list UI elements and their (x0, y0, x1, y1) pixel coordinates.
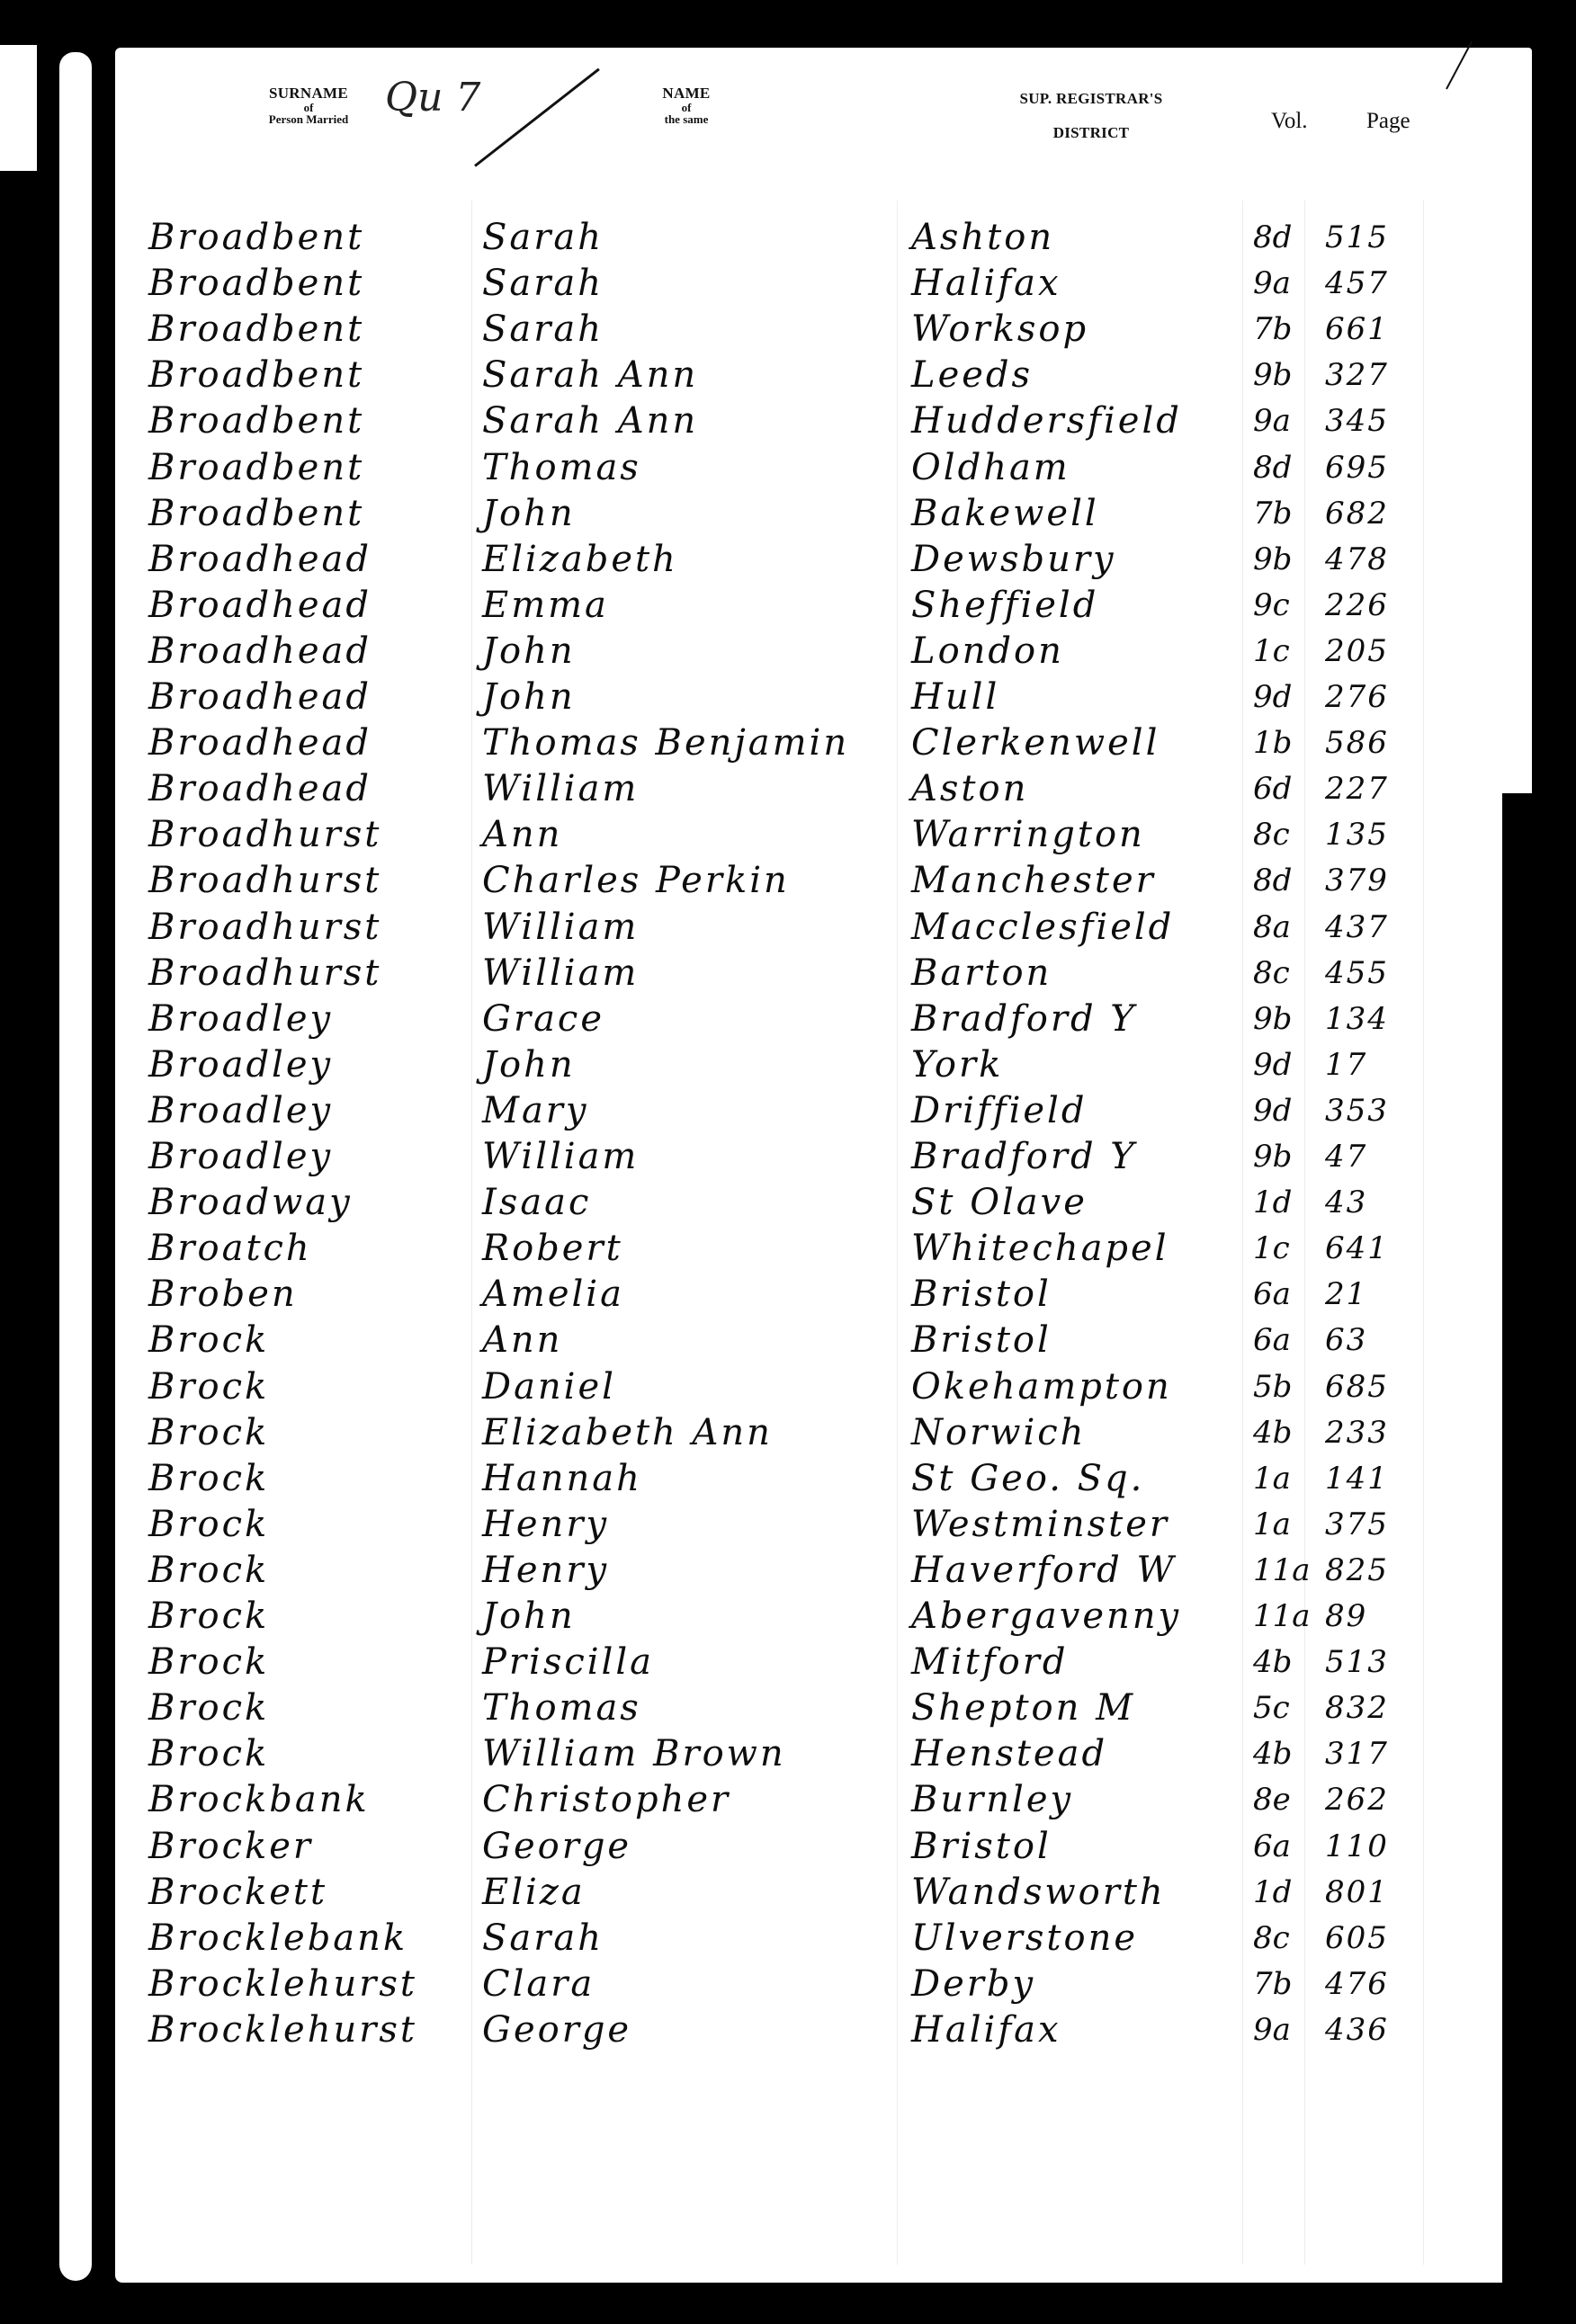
surname-cell: Brock (148, 1364, 269, 1409)
given-name-cell: Priscilla (482, 1640, 654, 1685)
district-cell: Hull (911, 675, 999, 720)
given-name-cell: Grace (482, 997, 604, 1041)
page-number-cell: 375 (1325, 1502, 1389, 1547)
district-cell: Abergavenny (911, 1594, 1181, 1639)
surname-cell: Brock (148, 1640, 269, 1685)
given-name-cell: Sarah (482, 307, 604, 352)
register-entry-row: BroadhurstWilliamBarton8c455 (115, 951, 1532, 996)
volume-cell: 7b (1253, 307, 1292, 352)
surname-cell: Brocklehurst (148, 1962, 417, 2007)
surname-cell: Broadbent (148, 307, 364, 352)
header-name: NAME of the same (632, 85, 740, 126)
page-number-cell: 205 (1325, 629, 1389, 674)
given-name-cell: William (482, 766, 639, 811)
surname-cell: Broadley (148, 997, 333, 1041)
district-cell: Whitechapel (911, 1226, 1169, 1271)
surname-cell: Broadley (148, 1042, 333, 1087)
volume-cell: 1a (1253, 1456, 1291, 1501)
register-entry-row: BroadheadElizabethDewsbury9b478 (115, 537, 1532, 582)
register-entry-row: BrockElizabeth AnnNorwich4b233 (115, 1410, 1532, 1455)
given-name-cell: Amelia (482, 1272, 624, 1317)
district-cell: London (911, 629, 1064, 674)
district-cell: Driffield (911, 1088, 1087, 1133)
register-entry-row: BroadheadJohnHull9d276 (115, 675, 1532, 720)
page-number-cell: 515 (1325, 215, 1389, 260)
surname-cell: Brock (148, 1731, 269, 1776)
page-number-cell: 141 (1325, 1456, 1389, 1501)
register-entry-row: BroadleyWilliamBradford Y9b47 (115, 1134, 1532, 1179)
volume-cell: 5c (1253, 1685, 1290, 1730)
surname-cell: Broadhead (148, 537, 372, 582)
given-name-cell: John (482, 1042, 576, 1087)
district-cell: Shepton M (911, 1685, 1135, 1730)
surname-cell: Broadbent (148, 353, 364, 398)
register-entry-row: BrobenAmeliaBristol6a21 (115, 1272, 1532, 1317)
page-number-cell: 825 (1325, 1548, 1389, 1593)
page-number-cell: 317 (1325, 1731, 1389, 1776)
surname-cell: Broadhead (148, 675, 372, 720)
volume-cell: 9b (1253, 1134, 1292, 1179)
volume-cell: 9b (1253, 537, 1292, 582)
given-name-cell: Daniel (482, 1364, 616, 1409)
surname-cell: Broadbent (148, 445, 364, 490)
district-cell: Dewsbury (911, 537, 1116, 582)
given-name-cell: Elizabeth (482, 537, 678, 582)
given-name-cell: Elizabeth Ann (482, 1410, 773, 1455)
district-cell: Bristol (911, 1318, 1052, 1363)
given-name-cell: John (482, 675, 576, 720)
surname-cell: Broadhurst (148, 905, 381, 950)
page-number-cell: 233 (1325, 1410, 1389, 1455)
district-cell: Warrington (911, 812, 1145, 857)
header-surname: SURNAME of Person Married (241, 85, 376, 126)
adjacent-page-tab (0, 45, 37, 171)
surname-cell: Broben (148, 1272, 298, 1317)
district-cell: Bakewell (911, 491, 1099, 536)
volume-cell: 6d (1253, 766, 1292, 811)
surname-cell: Broadway (148, 1180, 353, 1225)
surname-cell: Broadbent (148, 398, 364, 443)
given-name-cell: Ann (482, 812, 562, 857)
register-entry-row: BrockDanielOkehampton5b685 (115, 1364, 1532, 1409)
page-number-cell: 47 (1325, 1134, 1367, 1179)
page-number-cell: 110 (1325, 1824, 1389, 1869)
district-cell: Barton (911, 951, 1052, 996)
district-cell: Halifax (911, 261, 1061, 306)
volume-cell: 9a (1253, 2007, 1291, 2052)
surname-cell: Broadbent (148, 491, 364, 536)
given-name-cell: Robert (482, 1226, 623, 1271)
volume-cell: 9b (1253, 997, 1292, 1041)
page-number-cell: 476 (1325, 1962, 1389, 2007)
volume-cell: 9d (1253, 675, 1292, 720)
register-entry-row: BroadbentJohnBakewell7b682 (115, 491, 1532, 536)
register-entry-row: BroadheadEmmaSheffield9c226 (115, 583, 1532, 628)
district-cell: Manchester (911, 858, 1156, 903)
given-name-cell: George (482, 2007, 631, 2052)
surname-cell: Brocker (148, 1824, 313, 1869)
register-entry-row: BroadhurstCharles PerkinManchester8d379 (115, 858, 1532, 903)
page-number-cell: 226 (1325, 583, 1389, 628)
given-name-cell: Henry (482, 1548, 609, 1593)
volume-cell: 9a (1253, 261, 1291, 306)
volume-cell: 6a (1253, 1272, 1291, 1317)
surname-cell: Brock (148, 1594, 269, 1639)
header-vol: Vol. (1271, 109, 1308, 134)
page-number-cell: 134 (1325, 997, 1389, 1041)
surname-cell: Broadhead (148, 629, 372, 674)
page-number-cell: 135 (1325, 812, 1389, 857)
volume-cell: 8d (1253, 858, 1292, 903)
given-name-cell: Isaac (482, 1180, 591, 1225)
surname-cell: Broadhurst (148, 858, 381, 903)
district-cell: Ulverstone (911, 1916, 1138, 1961)
surname-cell: Broadhead (148, 583, 372, 628)
register-entry-row: BrockJohnAbergavenny11a89 (115, 1594, 1532, 1639)
district-cell: Okehampton (911, 1364, 1172, 1409)
district-cell: Worksop (911, 307, 1088, 352)
surname-cell: Broadbent (148, 215, 364, 260)
surname-cell: Broadley (148, 1088, 333, 1133)
volume-cell: 1d (1253, 1870, 1292, 1915)
page-number-cell: 353 (1325, 1088, 1389, 1133)
volume-cell: 1c (1253, 629, 1290, 674)
district-cell: Bristol (911, 1824, 1052, 1869)
register-entry-row: BrockPriscillaMitford4b513 (115, 1640, 1532, 1685)
pen-stroke (474, 68, 600, 167)
pen-stroke (1446, 41, 1473, 90)
given-name-cell: Sarah (482, 261, 604, 306)
given-name-cell: Mary (482, 1088, 589, 1133)
district-cell: Clerkenwell (911, 720, 1160, 765)
page-number-cell: 63 (1325, 1318, 1367, 1363)
page-number-cell: 262 (1325, 1777, 1389, 1822)
surname-cell: Broadbent (148, 261, 364, 306)
district-cell: Ashton (911, 215, 1054, 260)
register-entry-row: BroadbentSarahHalifax9a457 (115, 261, 1532, 306)
volume-cell: 9d (1253, 1042, 1292, 1087)
district-cell: Haverford W (911, 1548, 1177, 1593)
page-number-cell: 685 (1325, 1364, 1389, 1409)
page-number-cell: 478 (1325, 537, 1389, 582)
volume-cell: 11a (1253, 1594, 1311, 1639)
volume-cell: 9c (1253, 583, 1290, 628)
given-name-cell: Thomas (482, 445, 641, 490)
volume-cell: 7b (1253, 491, 1292, 536)
given-name-cell: Sarah (482, 215, 604, 260)
register-entry-row: BrockettElizaWandsworth1d801 (115, 1870, 1532, 1915)
district-cell: Norwich (911, 1410, 1086, 1455)
volume-cell: 8e (1253, 1777, 1291, 1822)
district-cell: Aston (911, 766, 1028, 811)
page-edge-shadow (1502, 793, 1576, 2324)
district-cell: Bradford Y (911, 1134, 1137, 1179)
register-entry-row: BrocklebankSarahUlverstone8c605 (115, 1916, 1532, 1961)
district-cell: Bristol (911, 1272, 1052, 1317)
district-cell: Burnley (911, 1777, 1073, 1822)
surname-cell: Broadhead (148, 720, 372, 765)
page-number-cell: 457 (1325, 261, 1389, 306)
register-entry-row: BrockHenryHaverford W11a825 (115, 1548, 1532, 1593)
register-entry-row: BroadbentSarah AnnLeeds9b327 (115, 353, 1532, 398)
district-cell: Bradford Y (911, 997, 1137, 1041)
given-name-cell: Eliza (482, 1870, 586, 1915)
volume-cell: 4b (1253, 1731, 1292, 1776)
given-name-cell: Charles Perkin (482, 858, 790, 903)
district-cell: Halifax (911, 2007, 1061, 2052)
volume-cell: 1c (1253, 1226, 1290, 1271)
register-entry-row: BroatchRobertWhitechapel1c641 (115, 1226, 1532, 1271)
volume-cell: 9b (1253, 353, 1292, 398)
register-entry-row: BrockHannahSt Geo. Sq.1a141 (115, 1456, 1532, 1501)
binding-strip (59, 52, 92, 2281)
volume-cell: 8d (1253, 445, 1292, 490)
volume-cell: 8c (1253, 812, 1290, 857)
surname-cell: Brock (148, 1548, 269, 1593)
district-cell: Huddersfield (911, 398, 1182, 443)
register-entry-row: BroadbentSarah AnnHuddersfield9a345 (115, 398, 1532, 443)
register-entry-row: BroadheadJohnLondon1c205 (115, 629, 1532, 674)
volume-cell: 8c (1253, 1916, 1290, 1961)
register-entry-row: BroadleyGraceBradford Y9b134 (115, 997, 1532, 1041)
surname-cell: Brocklehurst (148, 2007, 417, 2052)
district-cell: Mitford (911, 1640, 1068, 1685)
given-name-cell: John (482, 1594, 576, 1639)
volume-cell: 1d (1253, 1180, 1292, 1225)
volume-cell: 8a (1253, 905, 1291, 950)
volume-cell: 8c (1253, 951, 1290, 996)
volume-cell: 7b (1253, 1962, 1292, 2007)
district-cell: Derby (911, 1962, 1035, 2007)
district-cell: Oldham (911, 445, 1070, 490)
register-entry-row: BrockbankChristopherBurnley8e262 (115, 1777, 1532, 1822)
surname-cell: Broadhurst (148, 951, 381, 996)
given-name-cell: Clara (482, 1962, 595, 2007)
register-entry-row: BrocklehurstClaraDerby7b476 (115, 1962, 1532, 2007)
register-entry-row: BrockerGeorgeBristol6a110 (115, 1824, 1532, 1869)
district-cell: Leeds (911, 353, 1033, 398)
surname-cell: Broatch (148, 1226, 312, 1271)
district-cell: Sheffield (911, 583, 1098, 628)
page-number-cell: 661 (1325, 307, 1389, 352)
register-entry-row: BroadleyJohnYork9d17 (115, 1042, 1532, 1087)
page-number-cell: 21 (1325, 1272, 1367, 1317)
surname-cell: Brockett (148, 1870, 327, 1915)
register-page: SURNAME of Person Married Qu 7 NAME of t… (115, 48, 1532, 2283)
volume-cell: 9d (1253, 1088, 1292, 1133)
volume-cell: 6a (1253, 1318, 1291, 1363)
district-cell: St Geo. Sq. (911, 1456, 1144, 1501)
page-number-cell: 641 (1325, 1226, 1389, 1271)
page-number-cell: 513 (1325, 1640, 1389, 1685)
given-name-cell: Ann (482, 1318, 562, 1363)
register-entry-row: BroadbentSarahWorksop7b661 (115, 307, 1532, 352)
register-entry-row: BrocklehurstGeorgeHalifax9a436 (115, 2007, 1532, 2052)
page-number-cell: 227 (1325, 766, 1389, 811)
volume-cell: 1b (1253, 720, 1292, 765)
volume-cell: 1a (1253, 1502, 1291, 1547)
given-name-cell: John (482, 629, 576, 674)
surname-cell: Broadhurst (148, 812, 381, 857)
surname-cell: Brock (148, 1318, 269, 1363)
district-cell: York (911, 1042, 1003, 1087)
given-name-cell: William Brown (482, 1731, 786, 1776)
surname-cell: Brock (148, 1685, 269, 1730)
header-district: SUP. REGISTRAR'S DISTRICT (979, 91, 1204, 141)
district-cell: Macclesfield (911, 905, 1174, 950)
given-name-cell: Christopher (482, 1777, 730, 1822)
district-cell: Wandsworth (911, 1870, 1166, 1915)
header-page: Page (1366, 109, 1410, 134)
page-number-cell: 605 (1325, 1916, 1389, 1961)
given-name-cell: William (482, 1134, 639, 1179)
page-number-cell: 801 (1325, 1870, 1389, 1915)
page-number-cell: 17 (1325, 1042, 1367, 1087)
register-entry-row: BroadbentThomasOldham8d695 (115, 445, 1532, 490)
page-number-cell: 455 (1325, 951, 1389, 996)
register-entry-row: BroadhurstWilliamMacclesfield8a437 (115, 905, 1532, 950)
volume-cell: 11a (1253, 1548, 1311, 1593)
register-entry-row: BroadhurstAnnWarrington8c135 (115, 812, 1532, 857)
given-name-cell: Henry (482, 1502, 609, 1547)
given-name-cell: Sarah Ann (482, 353, 698, 398)
given-name-cell: John (482, 491, 576, 536)
register-entry-row: BrockHenryWestminster1a375 (115, 1502, 1532, 1547)
surname-cell: Broadley (148, 1134, 333, 1179)
volume-cell: 5b (1253, 1364, 1292, 1409)
page-number-cell: 695 (1325, 445, 1389, 490)
volume-cell: 6a (1253, 1824, 1291, 1869)
district-cell: St Olave (911, 1180, 1088, 1225)
surname-cell: Brock (148, 1456, 269, 1501)
register-entry-row: BroadwayIsaacSt Olave1d43 (115, 1180, 1532, 1225)
page-number-cell: 586 (1325, 720, 1389, 765)
page-number-cell: 437 (1325, 905, 1389, 950)
given-name-cell: Thomas (482, 1685, 641, 1730)
page-number-cell: 43 (1325, 1180, 1367, 1225)
surname-cell: Brocklebank (148, 1916, 407, 1961)
given-name-cell: Thomas Benjamin (482, 720, 849, 765)
page-number-cell: 345 (1325, 398, 1389, 443)
register-entry-row: BroadleyMaryDriffield9d353 (115, 1088, 1532, 1133)
given-name-cell: William (482, 951, 639, 996)
page-number-cell: 379 (1325, 858, 1389, 903)
given-name-cell: Emma (482, 583, 609, 628)
page-number-cell: 327 (1325, 353, 1389, 398)
given-name-cell: William (482, 905, 639, 950)
volume-cell: 9a (1253, 398, 1291, 443)
page-number-cell: 832 (1325, 1685, 1389, 1730)
surname-cell: Brockbank (148, 1777, 370, 1822)
given-name-cell: Sarah (482, 1916, 604, 1961)
page-number-cell: 436 (1325, 2007, 1389, 2052)
register-entry-row: BroadbentSarahAshton8d515 (115, 215, 1532, 260)
register-entry-row: BrockAnnBristol6a63 (115, 1318, 1532, 1363)
surname-cell: Brock (148, 1410, 269, 1455)
volume-cell: 8d (1253, 215, 1292, 260)
given-name-cell: Sarah Ann (482, 398, 698, 443)
handwritten-annotation: Qu 7 (385, 75, 480, 121)
volume-cell: 4b (1253, 1640, 1292, 1685)
page-number-cell: 276 (1325, 675, 1389, 720)
page-number-cell: 89 (1325, 1594, 1367, 1639)
given-name-cell: George (482, 1824, 631, 1869)
volume-cell: 4b (1253, 1410, 1292, 1455)
surname-cell: Broadhead (148, 766, 372, 811)
register-entry-row: BroadheadThomas BenjaminClerkenwell1b586 (115, 720, 1532, 765)
surname-cell: Brock (148, 1502, 269, 1547)
district-cell: Westminster (911, 1502, 1169, 1547)
given-name-cell: Hannah (482, 1456, 642, 1501)
register-entry-row: BrockWilliam BrownHenstead4b317 (115, 1731, 1532, 1776)
district-cell: Henstead (911, 1731, 1107, 1776)
register-entry-row: BrockThomasShepton M5c832 (115, 1685, 1532, 1730)
page-number-cell: 682 (1325, 491, 1389, 536)
register-entry-row: BroadheadWilliamAston6d227 (115, 766, 1532, 811)
